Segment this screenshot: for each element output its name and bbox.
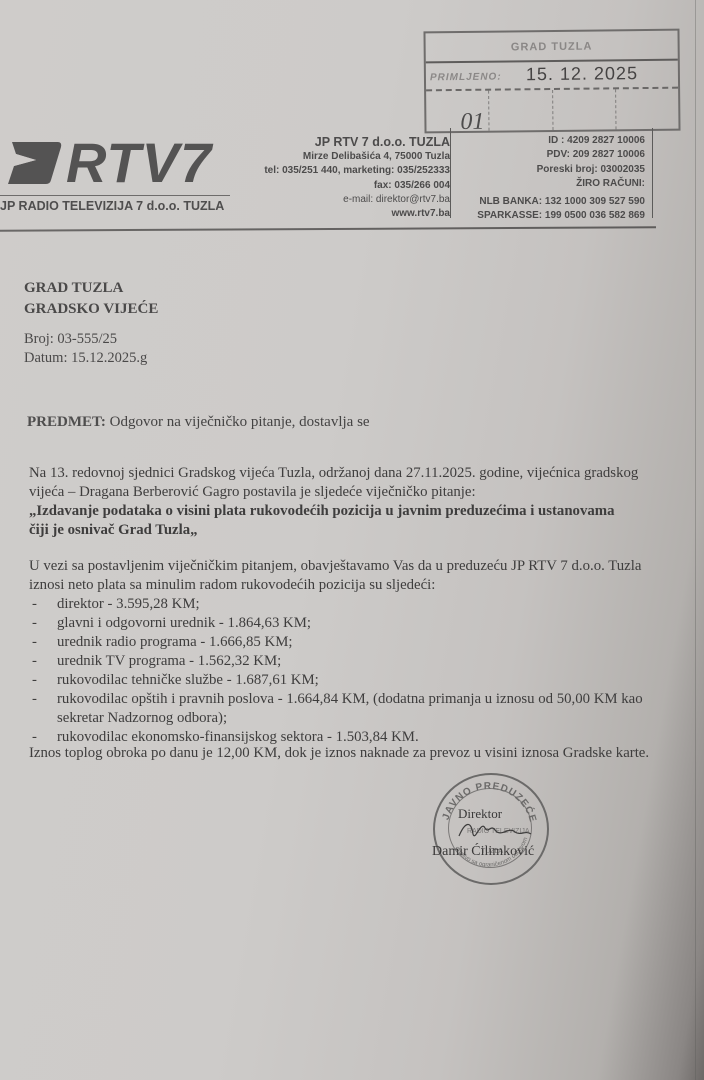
- page-edge: [695, 0, 696, 1080]
- intro-paragraph: Na 13. redovnoj sjednici Gradskog vijeća…: [29, 464, 669, 540]
- recipient-line-2: GRADSKO VIJEĆE: [24, 299, 158, 320]
- council-question-end: čiji je osnivač Grad Tuzla„: [29, 521, 669, 540]
- letterhead-divider: [0, 226, 656, 231]
- stamp-date-row: PRIMLJENO: 15. 12. 2025: [426, 61, 678, 92]
- intro-text: Na 13. redovnoj sjednici Gradskog vijeća…: [29, 464, 669, 502]
- council-question: „Izdavanje podataka o visini plata rukov…: [29, 502, 669, 521]
- reg-sparkasse-account: SPARKASSE: 199 0500 036 582 869: [477, 209, 645, 223]
- salary-item: rukovodilac tehničke službe - 1.687,61 K…: [29, 671, 669, 690]
- salary-item: rukovodilac opštih i pravnih poslova - 1…: [29, 690, 669, 728]
- stamp-handwritten-number: 01: [460, 109, 484, 136]
- stamp-cell: [553, 89, 617, 130]
- stamp-cell: [489, 90, 553, 131]
- stamp-received-label: PRIMLJENO:: [430, 72, 502, 84]
- contact-phone: tel: 035/251 440, marketing: 035/252333: [264, 164, 450, 178]
- subject-line: PREDMET: Odgovor na viječničko pitanje, …: [27, 414, 370, 431]
- registration-block: ID : 4209 2827 10006 PDV: 209 2827 10006…: [477, 134, 645, 224]
- recipient-line-1: GRAD TUZLA: [24, 278, 158, 299]
- answer-intro: U vezi sa postavljenim viječničkim pitan…: [29, 557, 669, 595]
- contact-email: e-mail: direktor@rtv7.ba: [264, 193, 450, 207]
- contact-fax: fax: 035/266 004: [264, 179, 450, 193]
- salary-list: direktor - 3.595,28 KM; glavni i odgovor…: [29, 595, 669, 747]
- contact-website: www.rtv7.ba: [264, 207, 450, 221]
- subject-text: Odgovor na viječničko pitanje, dostavlja…: [106, 414, 370, 430]
- reg-id: ID : 4209 2827 10006: [477, 134, 645, 148]
- document-date: Datum: 15.12.2025.g: [24, 349, 147, 368]
- recipient: GRAD TUZLA GRADSKO VIJEĆE: [24, 278, 158, 320]
- contact-block: JP RTV 7 d.o.o. TUZLA Mirze Delibašića 4…: [264, 134, 450, 221]
- salary-item: urednik TV programa - 1.562,32 KM;: [29, 652, 669, 671]
- document-meta: Broj: 03-555/25 Datum: 15.12.2025.g: [24, 330, 147, 368]
- reg-nlb-account: NLB BANKA: 132 1000 309 527 590: [477, 195, 645, 209]
- company-full-name: JP RADIO TELEVIZIJA 7 d.o.o. TUZLA: [0, 199, 224, 213]
- stamp-title: GRAD TUZLA: [425, 31, 677, 64]
- reg-pdv: PDV: 209 2827 10006: [477, 148, 645, 162]
- contact-address: Mirze Delibašića 4, 75000 Tuzla: [264, 150, 450, 164]
- divider: [652, 128, 653, 218]
- contact-company: JP RTV 7 d.o.o. TUZLA: [264, 134, 450, 150]
- received-stamp: GRAD TUZLA PRIMLJENO: 15. 12. 2025 01: [423, 29, 680, 134]
- closing-paragraph: Iznos toplog obroka po danu je 12,00 KM,…: [29, 744, 669, 763]
- salary-item: urednik radio programa - 1.666,85 KM;: [29, 633, 669, 652]
- stamp-date: 15. 12. 2025: [526, 63, 638, 85]
- reg-tax-number: Poreski broj: 03002035: [477, 163, 645, 177]
- reg-accounts-heading: ŽIRO RAČUNI:: [477, 177, 645, 191]
- company-logo: RTV7: [6, 133, 230, 193]
- handwritten-signature-icon: [455, 816, 535, 846]
- document-number: Broj: 03-555/25: [24, 330, 147, 349]
- divider: [0, 195, 230, 196]
- logo-text: RTV7: [66, 135, 212, 191]
- stamp-cell: [616, 89, 679, 130]
- salary-item: direktor - 3.595,28 KM;: [29, 595, 669, 614]
- signatory-name: Damir Ćilimković: [432, 844, 534, 860]
- divider: [450, 128, 451, 218]
- subject-label: PREDMET:: [27, 414, 106, 430]
- logo-arrow-icon: [6, 140, 62, 186]
- salary-item: glavni i odgovorni urednik - 1.864,63 KM…: [29, 614, 669, 633]
- answer-paragraph: U vezi sa postavljenim viječničkim pitan…: [29, 557, 669, 747]
